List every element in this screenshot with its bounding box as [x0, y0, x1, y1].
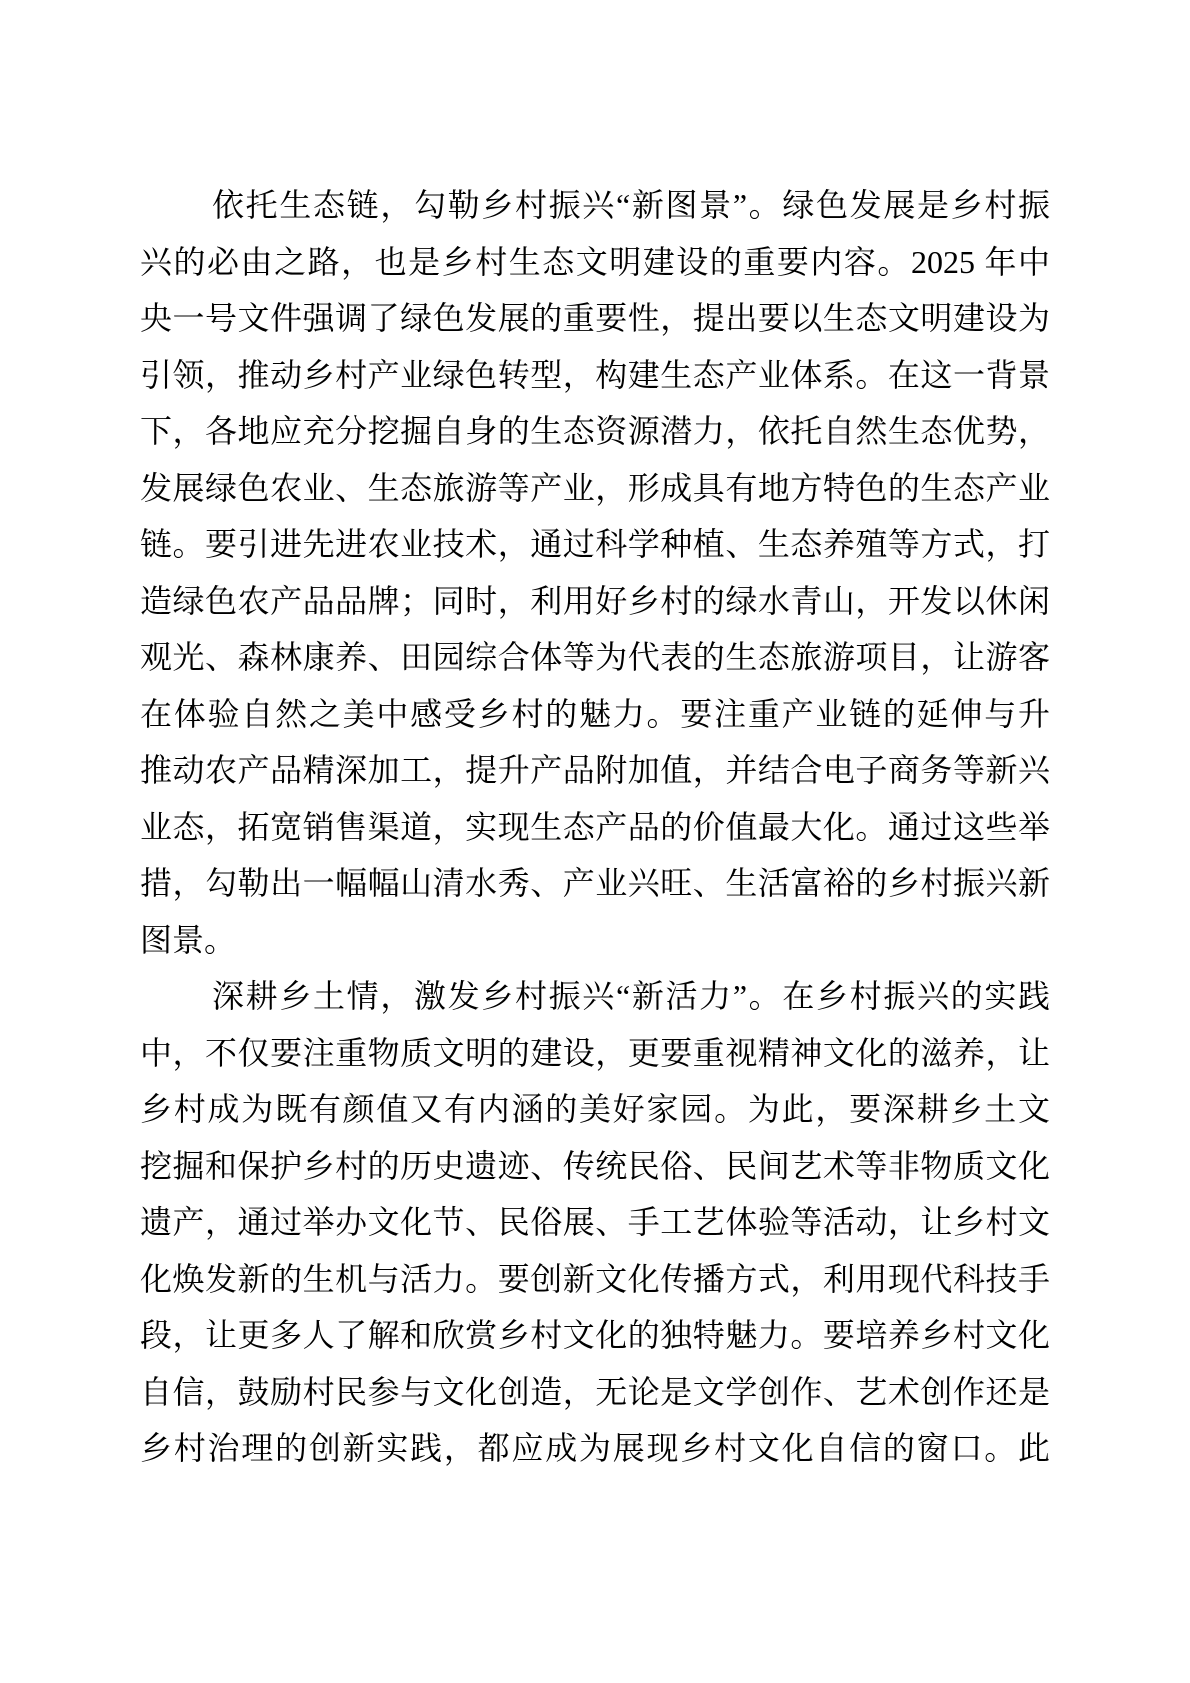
text-line: 化焕发新的生机与活力。要创新文化传播方式，利用现代科技手	[140, 1251, 1050, 1308]
text-line: 在体验自然之美中感受乡村的魅力。要注重产业链的延伸与升级，	[140, 686, 1050, 743]
text-line: 段，让更多人了解和欣赏乡村文化的独特魅力。要培养乡村文化	[140, 1307, 1050, 1364]
text-line: 图景。	[140, 912, 1050, 969]
text-line: 乡村成为既有颜值又有内涵的美好家园。为此，要深耕乡土文化，	[140, 1081, 1050, 1138]
text-line: 中，不仅要注重物质文明的建设，更要重视精神文化的滋养，让	[140, 1025, 1050, 1082]
text-line: 依托生态链，勾勒乡村振兴“新图景”。绿色发展是乡村振	[140, 177, 1050, 234]
text-line: 央一号文件强调了绿色发展的重要性，提出要以生态文明建设为	[140, 290, 1050, 347]
document-body: 依托生态链，勾勒乡村振兴“新图景”。绿色发展是乡村振 兴的必由之路，也是乡村生态…	[140, 177, 1050, 1477]
text-line: 深耕乡土情，激发乡村振兴“新活力”。在乡村振兴的实践	[140, 968, 1050, 1025]
text-line: 下，各地应充分挖掘自身的生态资源潜力，依托自然生态优势，	[140, 403, 1050, 460]
text-line: 链。要引进先进农业技术，通过科学种植、生态养殖等方式，打	[140, 516, 1050, 573]
text-line: 业态，拓宽销售渠道，实现生态产品的价值最大化。通过这些举	[140, 799, 1050, 856]
text-line: 遗产，通过举办文化节、民俗展、手工艺体验等活动，让乡村文	[140, 1194, 1050, 1251]
text-line: 造绿色农产品品牌；同时，利用好乡村的绿水青山，开发以休闲	[140, 573, 1050, 630]
text-line: 挖掘和保护乡村的历史遗迹、传统民俗、民间艺术等非物质文化	[140, 1138, 1050, 1195]
text-line: 措，勾勒出一幅幅山清水秀、产业兴旺、生活富裕的乡村振兴新	[140, 855, 1050, 912]
text-line: 引领，推动乡村产业绿色转型，构建生态产业体系。在这一背景	[140, 347, 1050, 404]
text-line: 推动农产品精深加工，提升产品附加值，并结合电子商务等新兴	[140, 742, 1050, 799]
text-line: 兴的必由之路，也是乡村生态文明建设的重要内容。2025 年中	[140, 234, 1050, 291]
text-line: 发展绿色农业、生态旅游等产业，形成具有地方特色的生态产业	[140, 460, 1050, 517]
document-page: 依托生态链，勾勒乡村振兴“新图景”。绿色发展是乡村振 兴的必由之路，也是乡村生态…	[0, 0, 1190, 1683]
text-line: 乡村治理的创新实践，都应成为展现乡村文化自信的窗口。此外，	[140, 1420, 1050, 1477]
paragraph-rural-culture: 深耕乡土情，激发乡村振兴“新活力”。在乡村振兴的实践 中，不仅要注重物质文明的建…	[140, 968, 1050, 1477]
text-line: 自信，鼓励村民参与文化创造，无论是文学创作、艺术创作还是	[140, 1364, 1050, 1421]
text-line: 观光、森林康养、田园综合体等为代表的生态旅游项目，让游客	[140, 629, 1050, 686]
paragraph-green-development: 依托生态链，勾勒乡村振兴“新图景”。绿色发展是乡村振 兴的必由之路，也是乡村生态…	[140, 177, 1050, 968]
